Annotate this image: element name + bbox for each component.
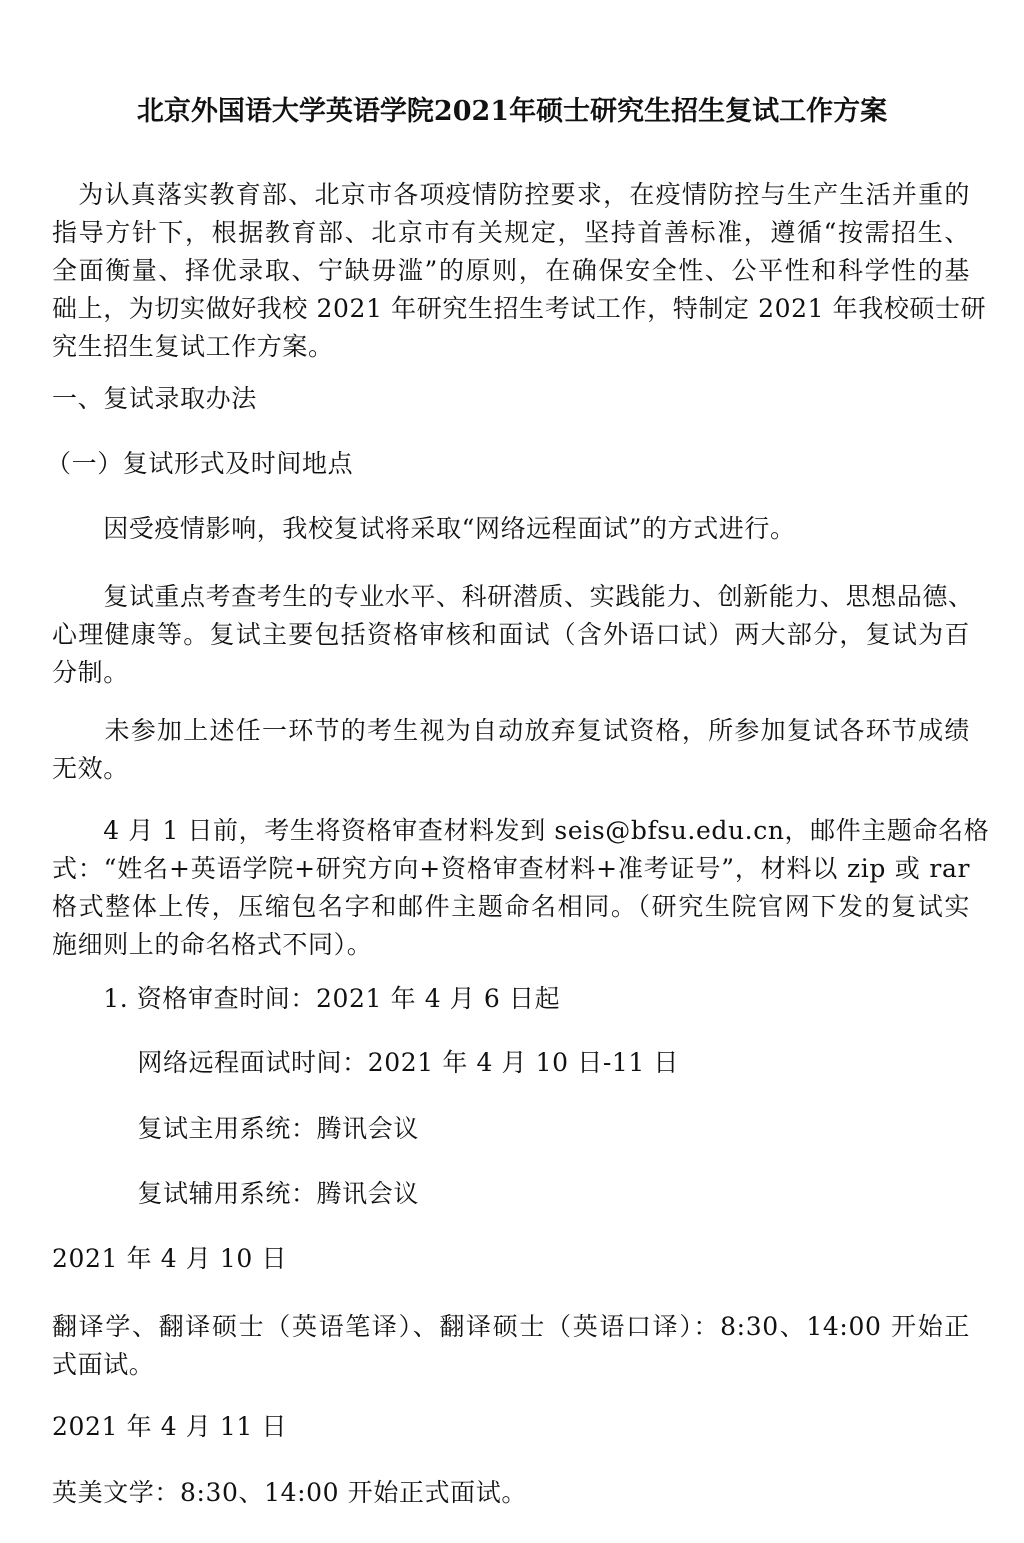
document-title: 北京外国语大学英语学院2021年硕士研究生招生复试工作方案 (0, 92, 1024, 132)
document-page: 北京外国语大学英语学院2021年硕士研究生招生复试工作方案 为认真落实教育部、北… (0, 0, 1024, 1543)
materials-line: 式：“姓名+英语学院+研究方向+资格审查材料+准考证号”，材料以 zip 或 r… (52, 850, 970, 888)
day2-date: 2021 年 4 月 11 日 (52, 1408, 287, 1446)
absent-line: 无效。 (52, 750, 129, 788)
focus-line: 分制。 (52, 654, 129, 692)
day2-line: 英美文学：8:30、14:00 开始正式面试。 (52, 1474, 527, 1512)
main-system: 复试主用系统：腾讯会议 (52, 1110, 419, 1148)
materials-line: 格式整体上传，压缩包名字和邮件主题命名相同。（研究生院官网下发的复试实 (52, 888, 970, 926)
format-paragraph: 因受疫情影响，我校复试将采取“网络远程面试”的方式进行。 (52, 510, 796, 548)
backup-system: 复试辅用系统：腾讯会议 (52, 1175, 419, 1213)
interview-time: 网络远程面试时间：2021 年 4 月 10 日-11 日 (52, 1044, 679, 1082)
intro-line: 指导方针下，根据教育部、北京市有关规定，坚持首善标准，遵循“按需招生、 (52, 214, 970, 252)
absent-line: 未参加上述任一环节的考生视为自动放弃复试资格，所参加复试各环节成绩 (52, 712, 970, 750)
day1-line: 式面试。 (52, 1346, 154, 1384)
review-time: 1. 资格审查时间：2021 年 4 月 6 日起 (52, 980, 560, 1018)
materials-line: 4 月 1 日前，考生将资格审查材料发到 seis@bfsu.edu.cn，邮件… (52, 812, 970, 850)
intro-line: 为认真落实教育部、北京市各项疫情防控要求，在疫情防控与生产生活并重的 (52, 176, 970, 214)
focus-line: 复试重点考查考生的专业水平、科研潜质、实践能力、创新能力、思想品德、 (52, 578, 970, 616)
day1-date: 2021 年 4 月 10 日 (52, 1240, 287, 1278)
subsection-heading: （一）复试形式及时间地点 (46, 445, 353, 483)
focus-line: 心理健康等。复试主要包括资格审核和面试（含外语口试）两大部分，复试为百 (52, 616, 970, 654)
intro-line: 究生招生复试工作方案。 (52, 328, 334, 366)
intro-line: 础上，为切实做好我校 2021 年研究生招生考试工作，特制定 2021 年我校硕… (52, 290, 970, 328)
section-heading: 一、复试录取办法 (52, 380, 257, 418)
intro-line: 全面衡量、择优录取、宁缺毋滥”的原则，在确保安全性、公平性和科学性的基 (52, 252, 970, 290)
day1-line: 翻译学、翻译硕士（英语笔译）、翻译硕士（英语口译）：8:30、14:00 开始正 (52, 1308, 970, 1346)
materials-line: 施细则上的命名格式不同）。 (52, 926, 372, 964)
